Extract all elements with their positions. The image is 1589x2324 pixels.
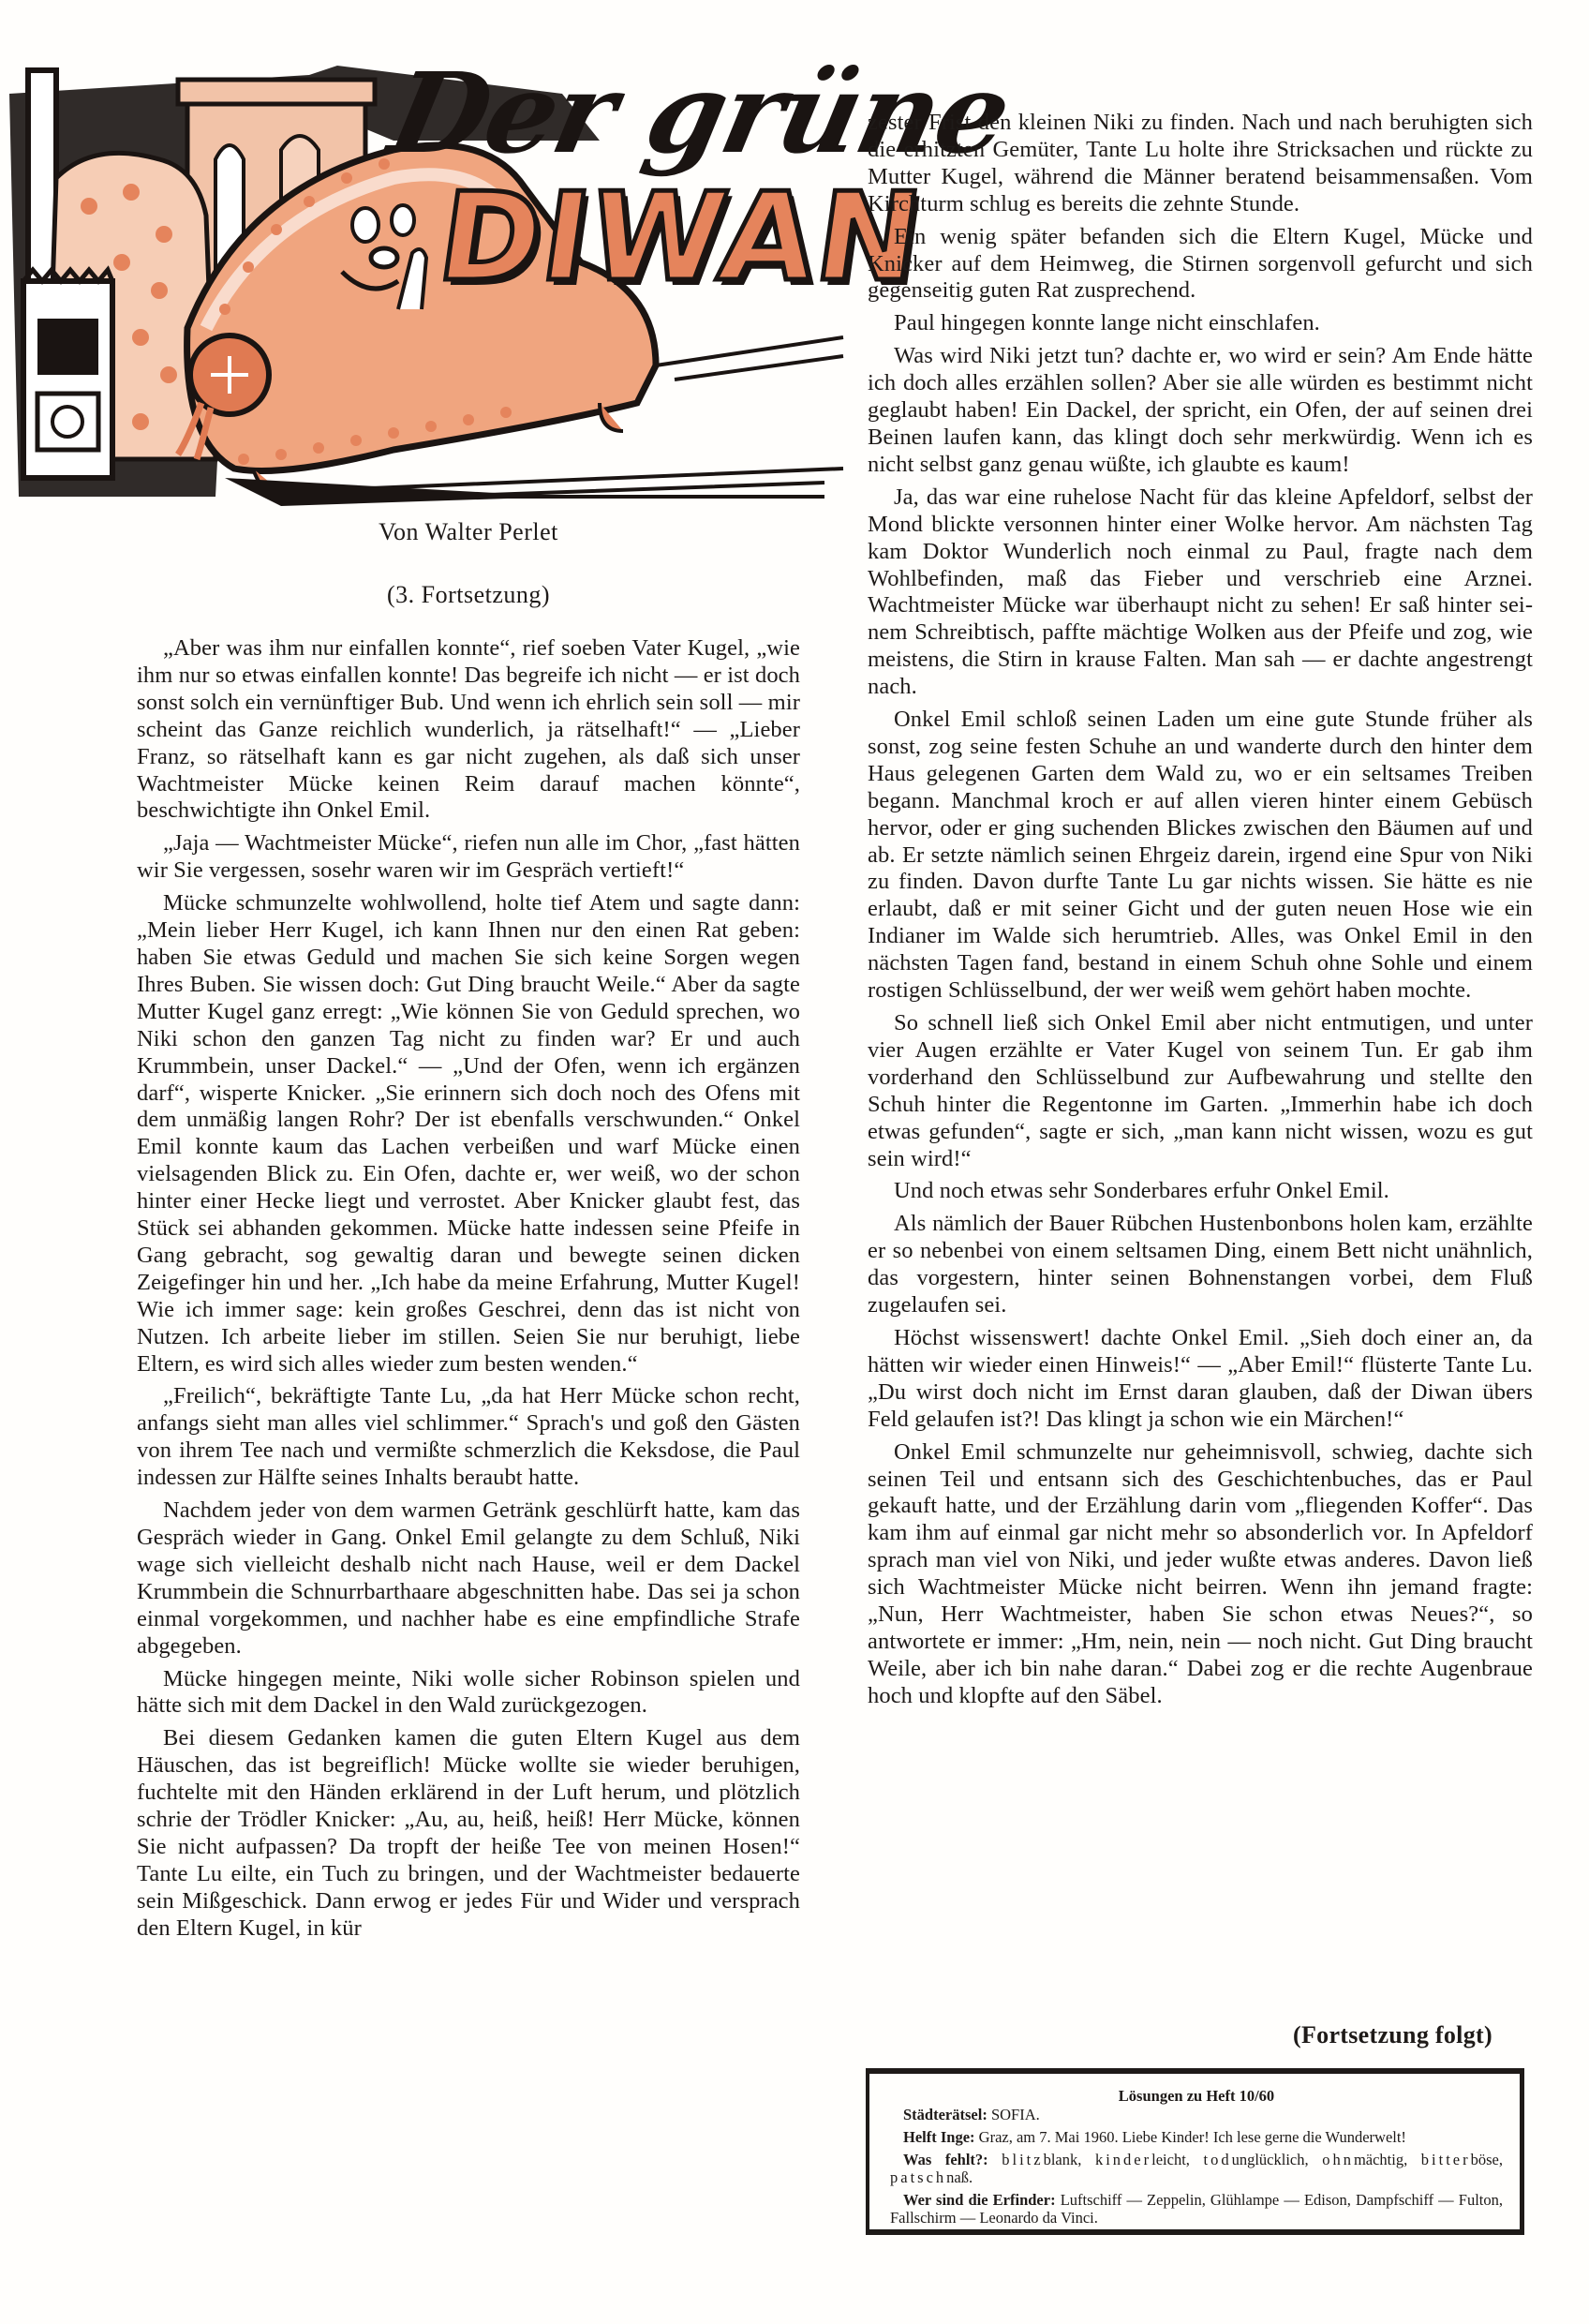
paragraph: Onkel Emil schloß seinen Laden um eine g… <box>868 707 1533 1005</box>
paragraph: Paul hingegen konnte lange nicht einschl… <box>868 310 1533 337</box>
paragraph: Ein wenig später befanden sich die Elter… <box>868 224 1533 305</box>
paragraph: Als nämlich der Bauer Rübchen Hustenbonb… <box>868 1211 1533 1319</box>
word-rest: böse, <box>1471 2151 1503 2168</box>
solution-label: Städterätsel: <box>903 2106 988 2123</box>
solutions-box: Lösungen zu Heft 10/60 Städterätsel: SOF… <box>866 2068 1524 2235</box>
word-rest: leicht, <box>1151 2151 1203 2168</box>
paragraph: Und noch etwas sehr Sonderbares erfuhr O… <box>868 1178 1533 1205</box>
paragraph: Onkel Emil schmunzelte nur geheimnisvoll… <box>868 1439 1533 1710</box>
paragraph: Was wird Niki jetzt tun? dachte er, wo w… <box>868 343 1533 479</box>
installment-line: (3. Fortsetzung) <box>131 581 806 609</box>
spaced-word: patsch <box>890 2168 946 2186</box>
paragraph: So schnell ließ sich Onkel Emil aber nic… <box>868 1010 1533 1172</box>
solution-item: Helft Inge: Graz, am 7. Mai 1960. Liebe … <box>890 2128 1503 2146</box>
solution-label: Helft Inge: <box>903 2128 975 2146</box>
paragraph: Ja, das war eine ruhelose Nacht für das … <box>868 484 1533 701</box>
paragraph: Nachdem jeder von dem warmen Getränk ges… <box>137 1497 800 1660</box>
spaced-word: tod <box>1203 2151 1231 2168</box>
author-line: Von Walter Perlet <box>131 518 806 546</box>
right-column: zester Frist den kleinen Niki zu finden.… <box>868 110 1533 1716</box>
paragraph: Mücke hingegen meinte, Niki wolle sicher… <box>137 1666 800 1721</box>
word-rest: mächtig, <box>1354 2151 1421 2168</box>
header-illustration: Der grüne DIWAN <box>0 28 853 506</box>
left-column: „Aber was ihm nur einfallen konnte“, rie… <box>137 635 800 1948</box>
paragraph: Bei diesem Gedanken kamen die guten Elte… <box>137 1725 800 1942</box>
spaced-word: blitz <box>1002 2151 1043 2168</box>
solution-item: Städterätsel: SOFIA. <box>890 2106 1503 2123</box>
solution-text: SOFIA. <box>991 2106 1040 2123</box>
spaced-word: ohn <box>1322 2151 1354 2168</box>
paragraph: zester Frist den kleinen Niki zu finden.… <box>868 110 1533 218</box>
spaced-word: bitter <box>1421 2151 1471 2168</box>
word-rest: unglücklich, <box>1232 2151 1323 2168</box>
paragraph: „Jaja — Wachtmeister Mücke“, riefen nun … <box>137 830 800 885</box>
paragraph: „Freilich“, bekräftigte Tante Lu, „da ha… <box>137 1383 800 1492</box>
word-rest: blank, <box>1044 2151 1095 2168</box>
paragraph: „Aber was ihm nur einfallen konnte“, rie… <box>137 635 800 825</box>
solution-item: Wer sind die Erfinder: Luftschiff — Zepp… <box>890 2191 1503 2227</box>
paragraph: Mücke schmunzelte wohlwollend, holte tie… <box>137 890 800 1378</box>
solutions-title: Lösungen zu Heft 10/60 <box>890 2087 1503 2105</box>
magazine-page: Der grüne DIWAN Von Walter Perlet (3. Fo… <box>0 0 1589 2324</box>
spaced-word: kinder <box>1095 2151 1151 2168</box>
paragraph: Höchst wissenswert! dachte Onkel Emil. „… <box>868 1325 1533 1434</box>
solution-label: Was fehlt?: <box>903 2151 988 2168</box>
solution-item: Was fehlt?: blitzblank, kinderleicht, to… <box>890 2151 1503 2186</box>
word-rest: naß. <box>946 2168 973 2186</box>
solution-text: Graz, am 7. Mai 1960. Liebe Kinder! Ich … <box>979 2128 1406 2146</box>
solution-label: Wer sind die Erfinder: <box>903 2191 1056 2209</box>
continued-note: (Fortsetzung folgt) <box>1293 2021 1492 2049</box>
title-diwan: DIWAN <box>432 176 930 298</box>
